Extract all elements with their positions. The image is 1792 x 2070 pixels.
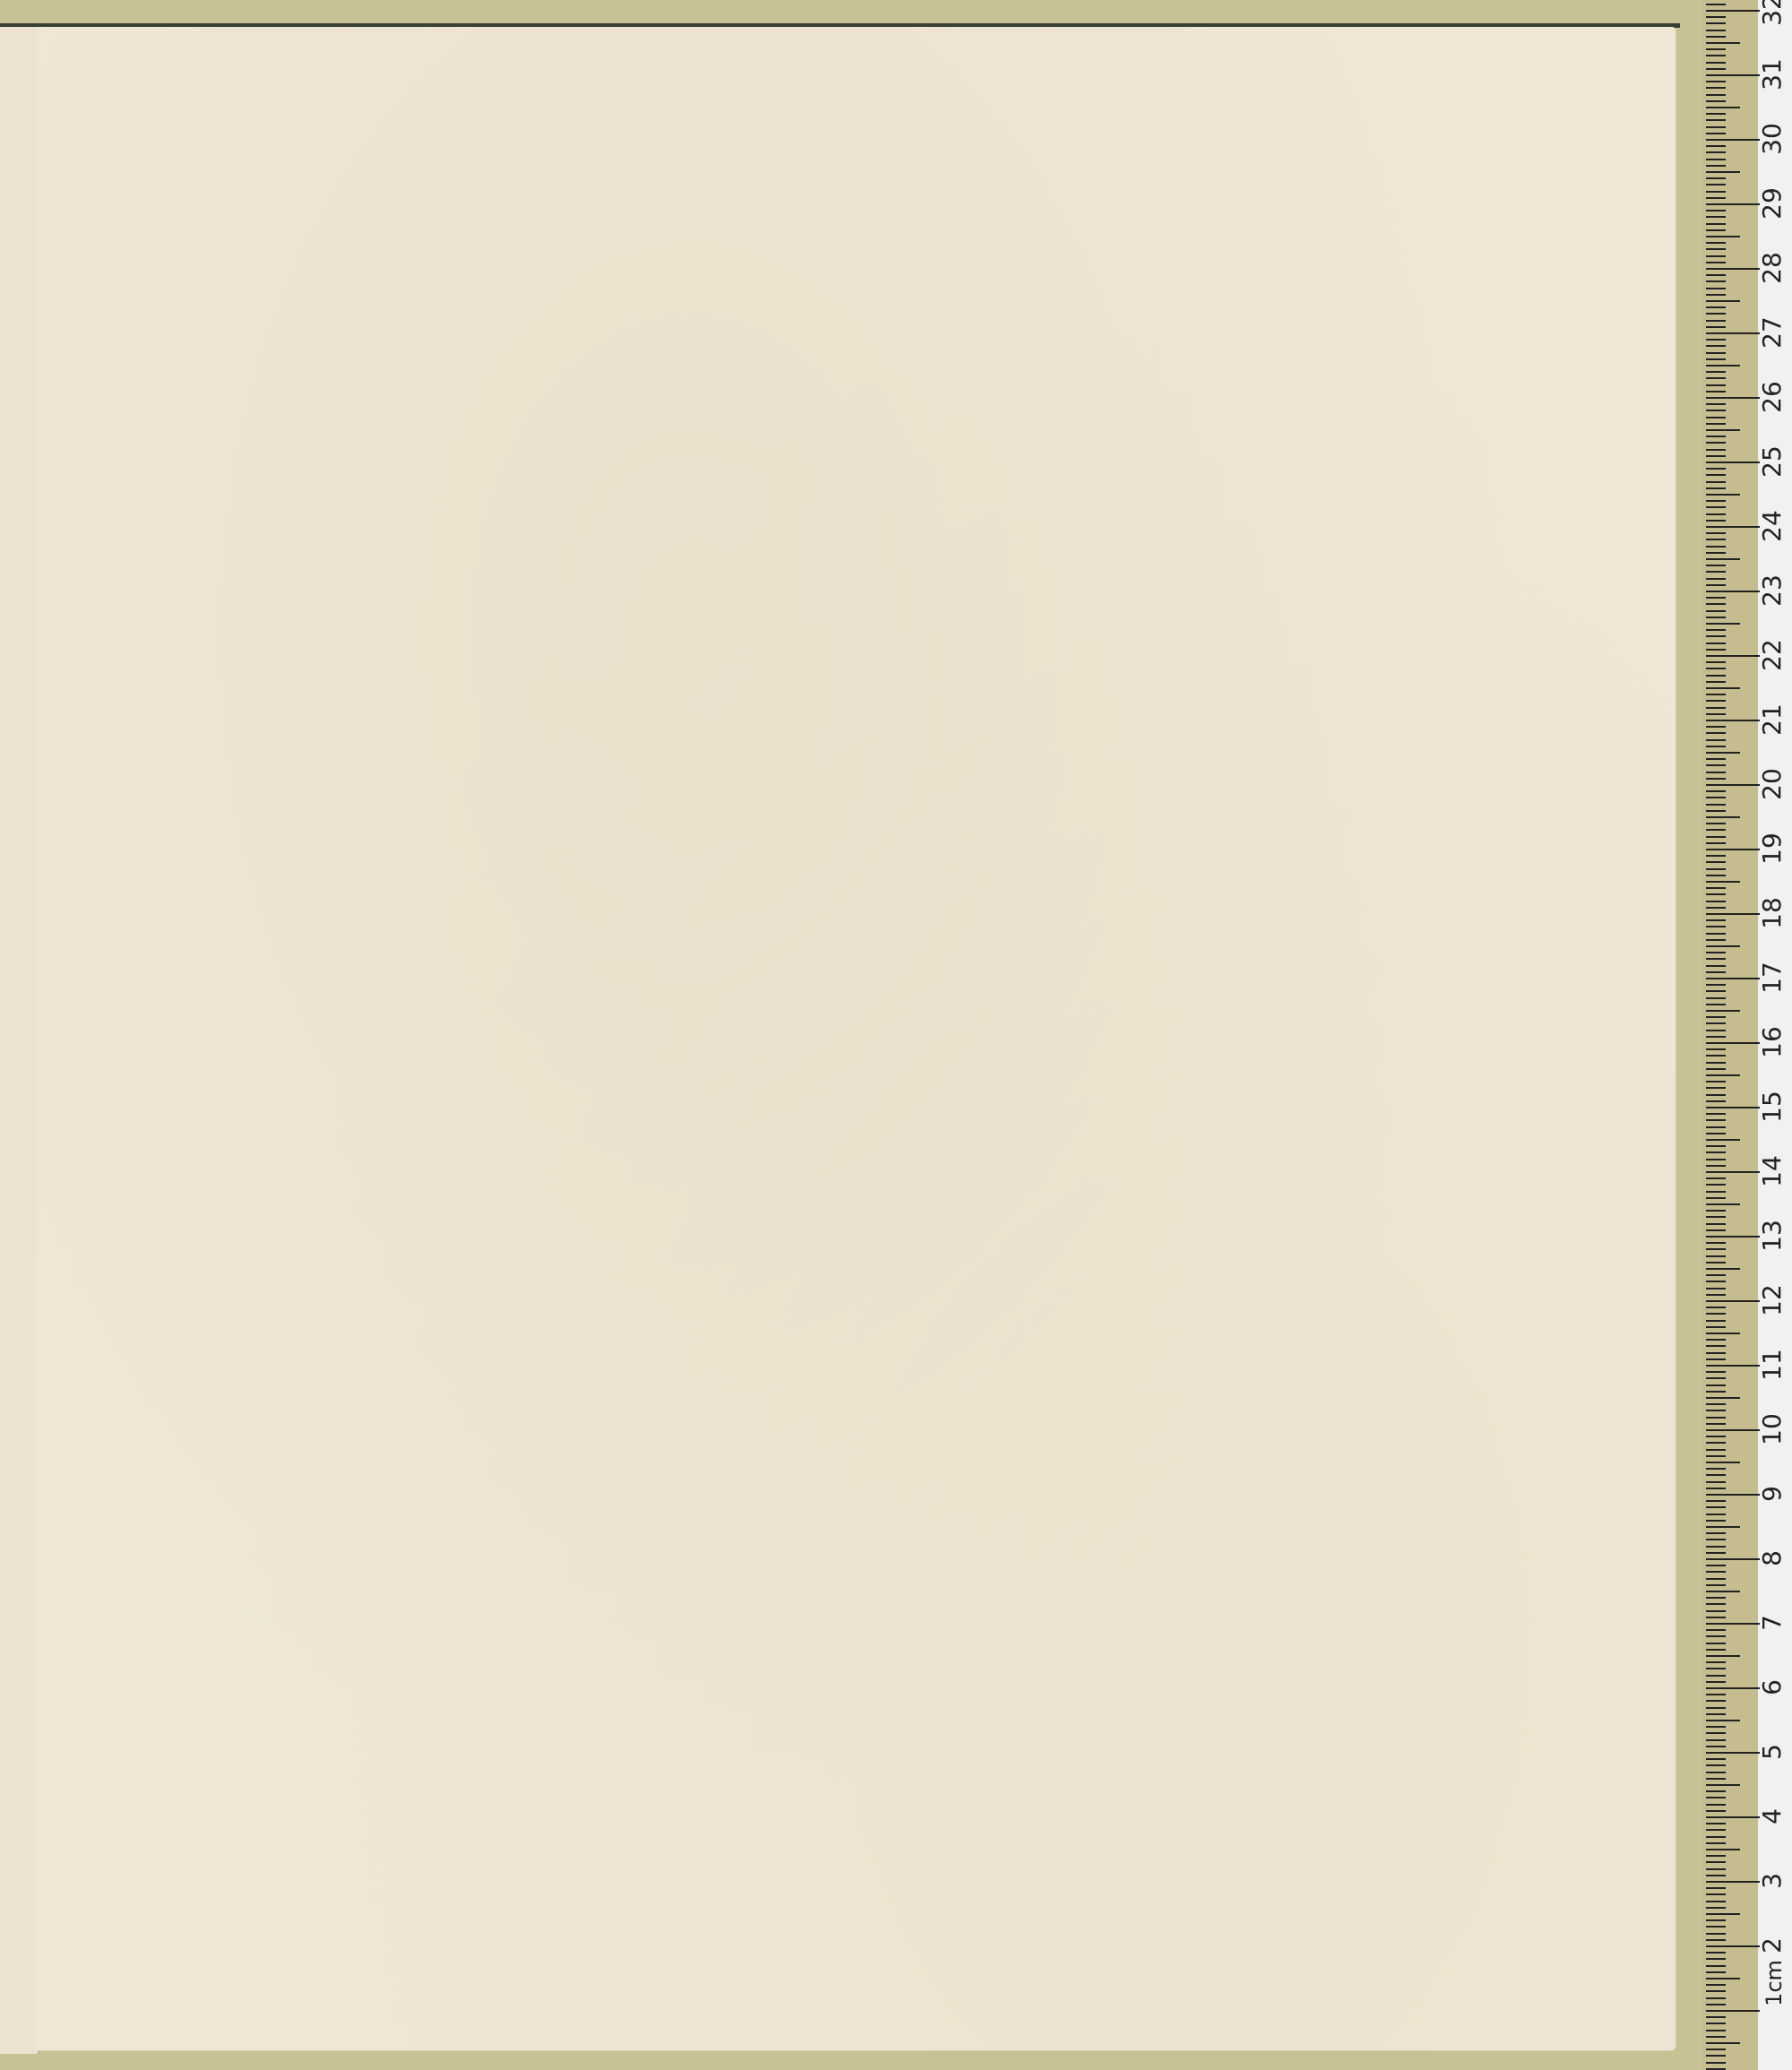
ruler-tick [1706,1429,1760,1431]
ruler-tick [1706,1151,1726,1153]
ruler-tick [1706,1849,1740,1850]
ruler-tick [1706,1081,1726,1082]
ruler-tick [1706,2016,1726,2018]
ruler-tick [1706,893,1726,895]
ruler-label: 10 [1759,1411,1786,1447]
ruler-tick [1706,1558,1760,1560]
ruler-label: 7 [1759,1605,1786,1641]
ruler-tick [1706,1868,1726,1870]
ruler-tick [1706,2042,1740,2044]
ruler-tick [1706,1629,1726,1631]
ruler-tick [1706,1526,1740,1528]
ruler-tick [1706,1603,1726,1605]
ruler-tick [1706,1100,1726,1102]
ruler-tick [1706,1713,1726,1715]
ruler-tick [1706,565,1726,566]
ruler-tick [1706,30,1726,31]
ruler-tick [1706,197,1726,199]
ruler-tick [1706,280,1726,282]
ruler-tick [1706,661,1726,663]
ruler-tick [1706,1442,1726,1444]
ruler-tick [1706,1436,1726,1437]
ruler-tick [1706,1829,1726,1831]
ruler-tick [1706,1861,1726,1863]
ruler-tick [1706,558,1740,560]
ruler-tick [1706,1377,1726,1379]
ruler-tick [1706,1945,1760,1947]
ruler-tick [1706,739,1726,741]
ruler-tick [1706,1655,1740,1657]
ruler-tick [1706,1274,1726,1276]
ruler-tick [1706,100,1726,102]
ruler-tick [1706,1823,1726,1824]
ruler-tick [1706,1391,1726,1393]
ruler-tick [1706,1842,1726,1844]
ruler-tick [1706,87,1726,89]
ruler-tick [1706,294,1726,296]
ruler-tick [1706,171,1740,173]
ruler-tick [1706,1139,1740,1141]
ruler-tick [1706,1984,1726,1986]
ruler-tick [1706,48,1726,50]
ruler-tick [1706,655,1760,657]
ruler-tick [1706,10,1760,12]
ruler-tick [1706,1875,1726,1876]
ruler-label: 4 [1759,1798,1786,1834]
ruler-tick [1706,1810,1726,1812]
ruler-label: 2 [1759,1928,1786,1963]
ruler-tick [1706,4,1726,5]
ruler-label: 11 [1759,1347,1786,1383]
ruler-label: 20 [1759,766,1786,802]
ruler-tick [1706,629,1726,631]
ruler-tick [1706,151,1726,153]
ruler-tick [1706,1732,1726,1734]
ruler-tick [1706,603,1726,605]
ruler-label: 27 [1759,315,1786,350]
ruler-tick [1706,513,1726,515]
ruler-tick [1706,16,1726,18]
ruler-tick [1706,681,1726,683]
ruler-tick [1706,468,1726,470]
ruler-tick [1706,1384,1726,1386]
ruler-tick [1706,1068,1726,1070]
ruler-tick [1706,145,1726,147]
ruler-tick [1706,1933,1726,1935]
ruler-tick [1706,268,1760,270]
ruler-tick [1706,365,1740,367]
ruler-tick [1706,868,1726,870]
ruler-tick [1706,546,1726,548]
ruler-tick [1706,1971,1726,1973]
ruler-tick [1706,939,1726,941]
ruler-tick [1706,1474,1726,1476]
ruler-label: 12 [1759,1282,1786,1318]
ruler-tick [1706,1365,1760,1367]
ruler-tick [1706,1255,1726,1257]
ruler-tick [1706,229,1726,231]
ruler-tick [1706,784,1760,786]
ruler-tick [1706,1300,1760,1302]
ruler-tick [1706,1784,1740,1786]
ruler-tick [1706,1649,1726,1651]
ruler-tick [1706,1797,1726,1798]
ruler-tick [1706,1997,1726,1999]
ruler-tick [1706,1223,1726,1225]
ruler-tick [1706,1539,1726,1540]
ruler-tick [1706,1248,1726,1250]
ruler-label: 25 [1759,444,1786,479]
ruler-tick [1706,36,1726,38]
ruler-tick [1706,203,1760,205]
ruler-tick [1706,758,1726,760]
ruler-tick [1706,649,1726,651]
ruler-tick [1706,165,1726,167]
ruler-tick [1706,1913,1740,1915]
ruler-tick [1706,1449,1726,1451]
ruler-tick [1706,1643,1726,1644]
ruler-tick [1706,242,1726,244]
ruler-tick [1706,1030,1726,1031]
ruler-tick [1706,1990,1726,1992]
ruler-tick [1706,597,1726,599]
ruler-tick [1706,2030,1726,2031]
ruler-tick [1706,2023,1726,2024]
ruler-tick [1706,1371,1726,1373]
ruler-tick [1706,1752,1760,1754]
ruler-tick [1706,687,1740,689]
ruler-tick [1706,617,1726,618]
ruler-tick [1706,1836,1726,1838]
ruler-tick [1706,1229,1726,1231]
ruler-tick [1706,1488,1726,1489]
ruler-tick [1706,391,1726,392]
ruler-tick [1706,990,1726,992]
ruler-tick [1706,1423,1726,1425]
ruler-tick [1706,81,1726,82]
ruler-tick [1706,1597,1726,1599]
ruler-tick [1706,1952,1726,1954]
ruler-tick [1706,1610,1726,1612]
ruler-tick [1706,442,1726,444]
ruler-tick [1706,159,1726,160]
ruler-tick [1706,500,1726,502]
ruler-tick [1706,1288,1726,1289]
ruler-label: 15 [1759,1089,1786,1125]
ruler-tick [1706,1720,1740,1721]
ruler-tick [1706,1887,1726,1889]
ruler-tick [1706,1133,1726,1134]
ruler-tick [1706,958,1726,960]
ruler-tick [1706,700,1726,702]
ruler-tick [1706,397,1760,399]
ruler-tick [1706,1675,1726,1677]
ruler-tick [1706,506,1726,508]
ruler-tick [1706,1926,1726,1928]
ruler-tick [1706,1333,1740,1334]
ruler-tick [1706,2068,1726,2070]
ruler-tick [1706,113,1726,115]
ruler-tick [1706,1397,1740,1399]
ruler-tick [1706,1958,1726,1960]
ruler-tick [1706,1758,1726,1760]
ruler-label: 8 [1759,1540,1786,1576]
ruler-tick [1706,1242,1726,1244]
ruler-tick [1706,1294,1726,1296]
ruler-tick [1706,1790,1726,1792]
ruler-tick [1706,1184,1726,1186]
ruler-tick [1706,1345,1726,1347]
ruler-tick [1706,919,1726,921]
ruler-tick [1706,1197,1726,1199]
ruler-tick [1706,836,1726,838]
ruler-tick [1706,1804,1726,1806]
ruler-tick [1706,1062,1726,1064]
ruler-tick [1706,810,1726,812]
ruler-tick [1706,1532,1726,1534]
ruler-tick [1706,1500,1726,1502]
ruler-tick [1706,772,1726,773]
ruler-tick [1706,1700,1726,1702]
ruler-tick [1706,133,1726,134]
ruler-tick [1706,42,1740,44]
ruler-label: 13 [1759,1218,1786,1254]
ruler-tick [1706,907,1726,909]
ruler-tick [1706,320,1726,322]
ruler-tick [1706,1772,1726,1773]
ruler-tick [1706,332,1760,334]
ruler-tick [1706,797,1726,798]
ruler-tick [1706,1177,1726,1179]
ruler-tick [1706,610,1726,612]
ruler-tick [1706,720,1760,721]
ruler-tick [1706,926,1726,927]
ruler-tick [1706,306,1726,308]
ruler-tick [1706,1203,1740,1205]
ruler-tick [1706,1339,1726,1341]
ruler-tick [1706,377,1726,379]
ruler-tick [1706,1881,1760,1883]
ruler-tick [1706,384,1726,386]
ruler-tick [1706,326,1726,328]
ruler-tick [1706,1739,1726,1741]
ruler-tick [1706,417,1726,418]
ruler-tick [1706,707,1726,709]
blank-page [36,27,1676,2050]
ruler-tick [1706,881,1740,883]
ruler-tick [1706,1855,1726,1857]
ruler-tick [1706,236,1740,237]
ruler-tick [1706,1919,1726,1921]
ruler-tick [1706,1320,1726,1322]
ruler-tick [1706,2010,1760,2012]
ruler-tick [1706,1965,1726,1967]
ruler-tick [1706,552,1726,554]
ruler-tick [1706,571,1726,573]
ruler-tick [1706,1171,1760,1173]
ruler-label: 26 [1759,379,1786,415]
ruler-tick [1706,1074,1740,1076]
ruler-tick [1706,1746,1726,1747]
ruler-tick [1706,288,1726,289]
ruler-tick [1706,1159,1726,1160]
ruler-tick [1706,1514,1726,1515]
ruler-tick [1706,1313,1726,1315]
ruler-tick [1706,1661,1726,1663]
ruler-tick [1706,1307,1726,1308]
ruler-label: 22 [1759,637,1786,673]
ruler-label: 5 [1759,1734,1786,1770]
ruler-tick [1706,494,1740,496]
ruler-tick [1706,713,1726,715]
ruler-tick [1706,1455,1726,1457]
measuring-ruler: 1cm 234567891011121314151617181920212223… [1702,0,1792,2070]
ruler-tick [1706,474,1726,476]
ruler-tick [1706,752,1740,754]
ruler-tick [1706,410,1726,411]
ruler-tick [1706,790,1726,792]
ruler-tick [1706,1687,1760,1689]
ruler-tick [1706,1939,1726,1941]
ruler-tick [1706,22,1726,24]
ruler-tick [1706,1094,1726,1096]
ruler-tick [1706,1726,1726,1728]
ruler-tick [1706,764,1726,766]
ruler-tick [1706,262,1726,263]
ruler-label: 18 [1759,895,1786,931]
ruler-tick [1706,126,1726,128]
ruler-tick [1706,1694,1726,1695]
ruler-tick [1706,668,1726,669]
ruler-tick [1706,1778,1726,1780]
ruler-tick [1706,1358,1726,1360]
ruler-tick [1706,1764,1726,1766]
ruler-tick [1706,1978,1740,1979]
ruler-tick [1706,191,1726,193]
ruler-tick [1706,887,1726,889]
ruler-tick [1706,177,1726,179]
ruler-tick [1706,345,1726,347]
ruler-tick [1706,1584,1726,1586]
ruler-tick [1706,635,1726,637]
ruler-tick [1706,119,1726,121]
ruler-tick [1706,274,1726,276]
ruler-tick [1706,1623,1760,1625]
ruler-tick [1706,1520,1726,1522]
ruler-tick [1706,823,1726,824]
ruler-tick [1706,371,1726,373]
ruler-tick [1706,74,1760,76]
ruler-tick [1706,591,1760,592]
ruler-tick [1706,1087,1726,1089]
ruler-tick [1706,1668,1726,1669]
ruler-tick [1706,1907,1726,1909]
ruler-tick [1706,1055,1726,1057]
ruler-tick [1706,436,1726,437]
ruler-tick [1706,643,1726,644]
ruler-tick [1706,248,1726,250]
ruler-tick [1706,2036,1726,2038]
ruler-tick [1706,1681,1726,1683]
ruler-tick [1706,1552,1726,1554]
ruler-tick [1706,358,1726,360]
ruler-tick [1706,1107,1760,1108]
ruler-tick [1706,313,1726,315]
ruler-tick [1706,933,1726,935]
ruler-tick [1706,875,1726,876]
ruler-tick [1706,978,1760,979]
ruler-tick [1706,1145,1726,1147]
ruler-tick [1706,584,1726,586]
ruler-label: 31 [1759,56,1786,92]
ruler-tick [1706,532,1726,534]
ruler-tick [1706,1635,1726,1637]
ruler-tick [1706,1591,1740,1592]
ruler-tick [1706,94,1726,96]
ruler-tick [1706,732,1726,734]
ruler-tick [1706,1281,1726,1282]
ruler-label: 28 [1759,250,1786,286]
ruler-tick [1706,1816,1760,1818]
ruler-tick [1706,300,1740,302]
ruler-tick [1706,339,1726,341]
ruler-tick [1706,455,1726,457]
ruler-tick [1706,971,1726,973]
ruler-tick [1706,829,1726,831]
ruler-tick [1706,1119,1726,1121]
ruler-tick [1706,1036,1726,1038]
ruler-tick [1706,1462,1740,1463]
ruler-tick [1706,139,1760,141]
facing-page-edge [0,27,39,2054]
ruler-tick [1706,461,1760,463]
ruler-unit-label: 1cm [1761,1956,1788,2010]
ruler-tick [1706,1016,1726,1018]
ruler-label: 24 [1759,508,1786,544]
ruler-label: 9 [1759,1476,1786,1512]
ruler-tick [1706,1468,1726,1470]
ruler-tick [1706,210,1726,211]
ruler-label: 14 [1759,1153,1786,1189]
ruler-tick [1706,1617,1726,1618]
ruler-tick [1706,945,1740,947]
ruler-tick [1706,1571,1726,1573]
ruler-tick [1706,255,1726,257]
ruler-tick [1706,1216,1726,1218]
ruler-tick [1706,429,1740,431]
ruler-tick [1706,539,1726,540]
ruler-tick [1706,1901,1726,1902]
ruler-label: 29 [1759,185,1786,221]
ruler-tick [1706,107,1740,108]
ruler-tick [1706,997,1726,999]
ruler-label: 17 [1759,960,1786,996]
ruler-tick [1706,1403,1726,1405]
ruler-tick [1706,481,1726,483]
ruler-tick [1706,1004,1726,1005]
ruler-tick [1706,804,1726,806]
ruler-label: 16 [1759,1024,1786,1060]
ruler-tick [1706,1236,1760,1238]
ruler-tick [1706,623,1740,625]
ruler-label: 3 [1759,1863,1786,1899]
ruler-tick [1706,1268,1740,1270]
ruler-tick [1706,1707,1726,1709]
ruler-label: 30 [1759,121,1786,157]
ruler-label: 6 [1759,1669,1786,1705]
ruler-tick [1706,1113,1726,1115]
ruler-tick [1706,449,1726,451]
